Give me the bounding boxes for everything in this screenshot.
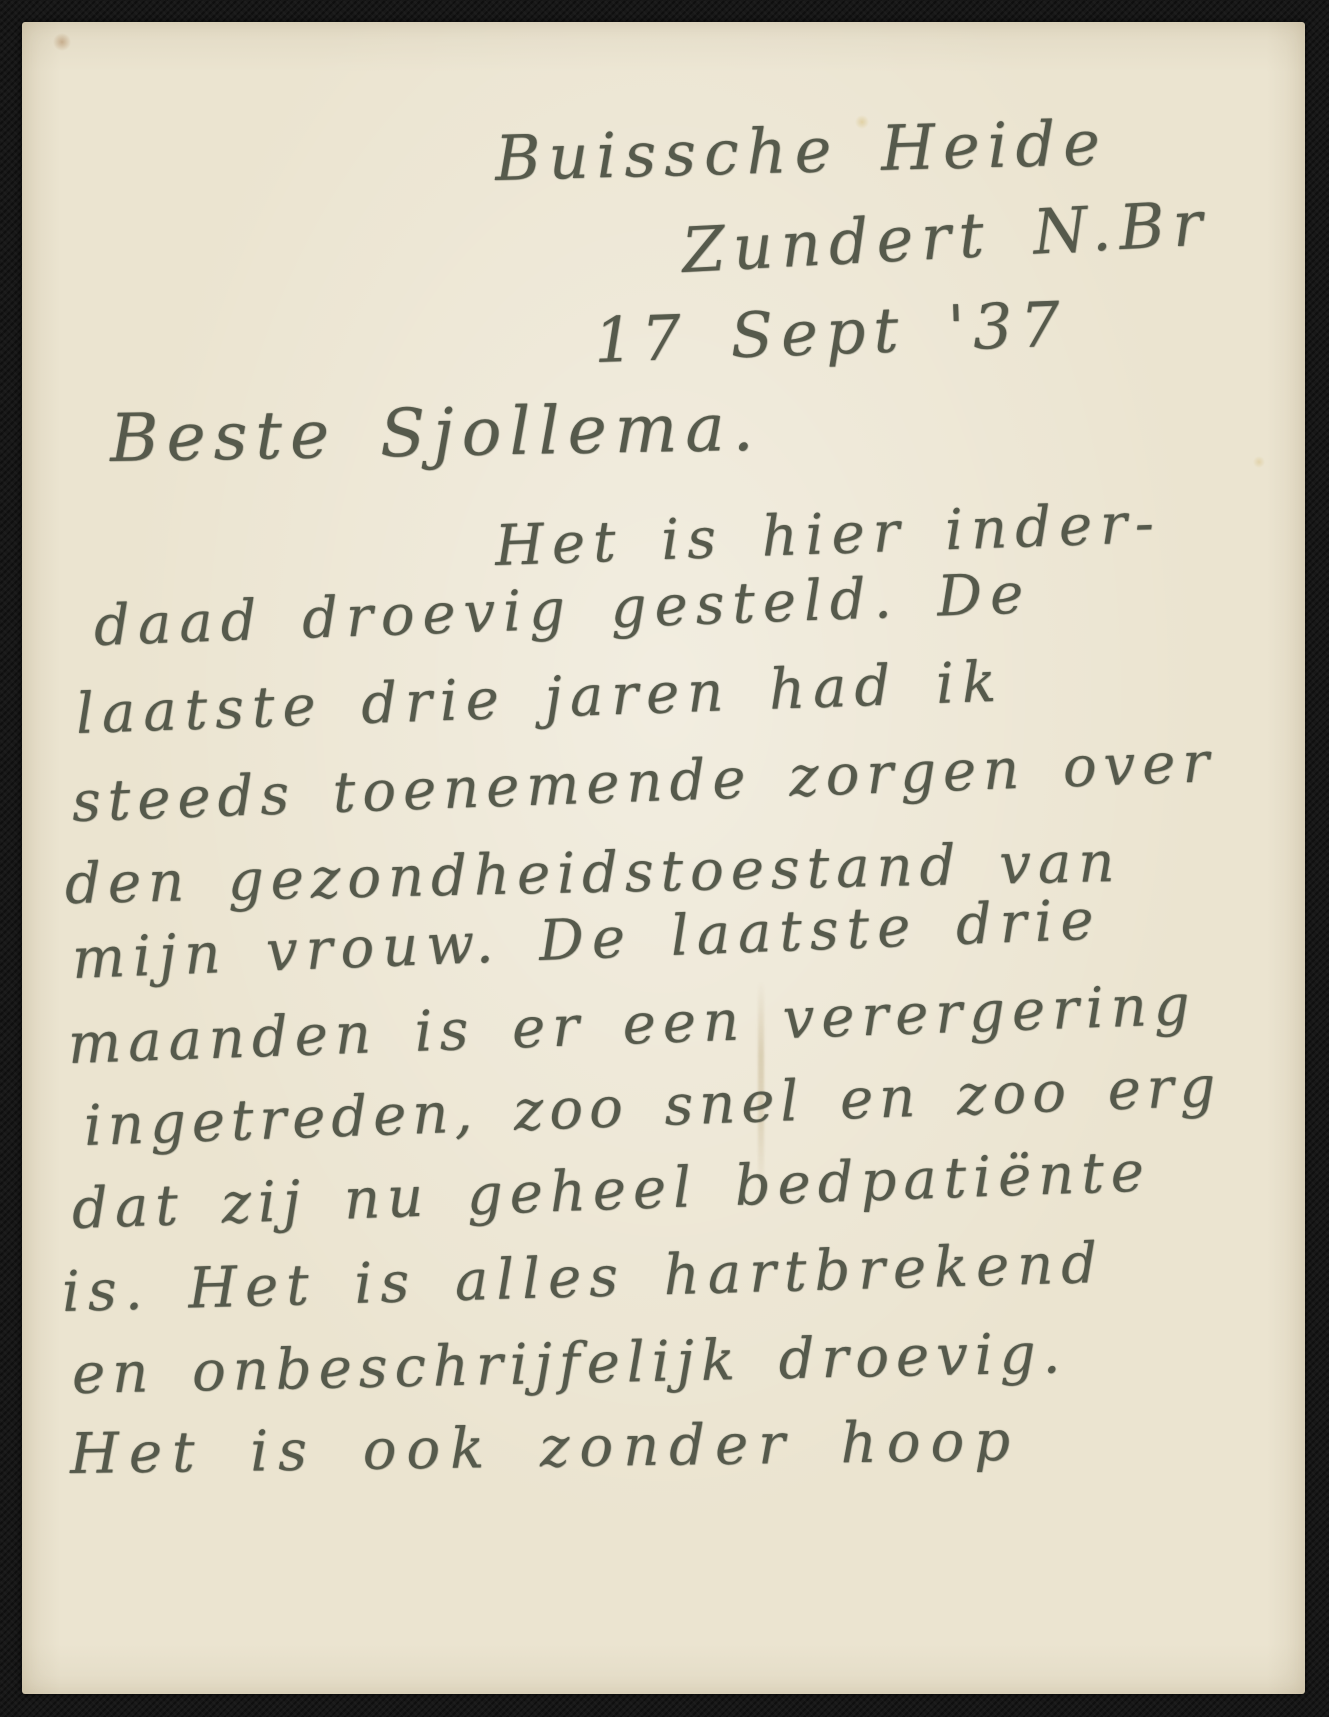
body-line: steeds toenemende zorgen over [71,730,1217,835]
letter-paper: Buissche Heide Zundert N.Br 17 Sept '37 … [22,22,1305,1694]
body-line: Het is hier inder- [494,491,1163,579]
heading-region: Zundert N.Br [680,186,1212,287]
body-line: is. Het is alles hartbrekend [61,1231,1106,1325]
scan-background: Buissche Heide Zundert N.Br 17 Sept '37 … [0,0,1329,1717]
body-line: laatste drie jaren had ik [75,650,1005,747]
body-line: dat zij nu geheel bedpatiënte [71,1139,1152,1242]
heading-place: Buissche Heide [494,106,1109,195]
salutation-line: Beste Sjollema. [109,389,762,477]
body-line: en onbeschrijfelijk droevig. [71,1321,1068,1407]
body-line: Het is ook zonder hoop [70,1409,1021,1487]
heading-date: 17 Sept '37 [593,287,1069,376]
